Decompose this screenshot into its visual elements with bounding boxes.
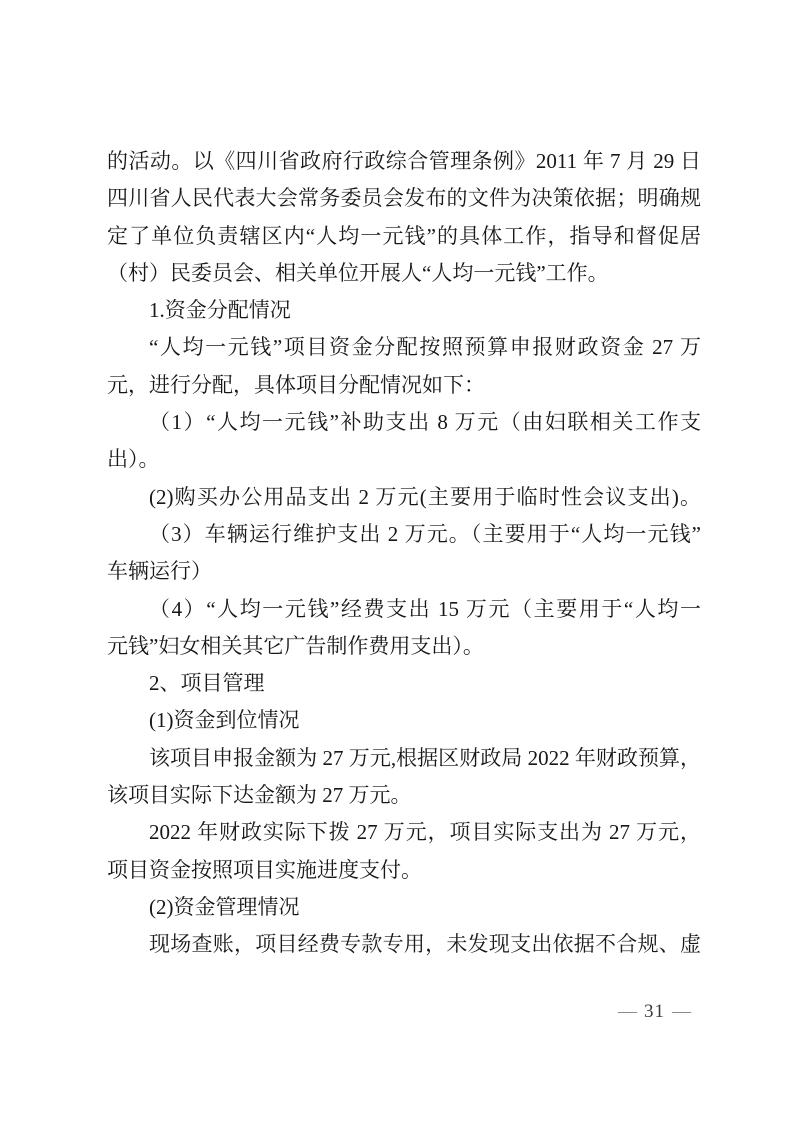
text-line: “人均一元钱”项目资金分配按照预算申报财政资金 27 万 (107, 329, 701, 366)
page-number: 31 (644, 1000, 665, 1024)
list-item: （3）车辆运行维护支出 2 万元。（主要用于“人均一元钱” (107, 516, 701, 553)
footer-dash-right: — (672, 1000, 691, 1024)
text-line: 2022 年财政实际下拨 27 万元，项目实际支出为 27 万元， (107, 814, 701, 851)
text-line: 现场查账，项目经费专款专用，未发现支出依据不合规、虚 (107, 926, 701, 963)
text-line: 车辆运行） (107, 553, 701, 590)
page-footer: — 31 — (618, 1000, 691, 1024)
text-line: 的活动。以《四川省政府行政综合管理条例》2011 年 7 月 29 日 (107, 143, 701, 180)
list-item: (2)购买办公用品支出 2 万元(主要用于临时性会议支出)。 (107, 479, 701, 516)
text-line: 该项目申报金额为 27 万元,根据区财政局 2022 年财政预算， (107, 740, 701, 777)
text-line: 四川省人民代表大会常务委员会发布的文件为决策依据；明确规 (107, 180, 701, 217)
list-item: （4）“人均一元钱”经费支出 15 万元（主要用于“人均一 (107, 591, 701, 628)
footer-dash-left: — (618, 1000, 637, 1024)
section-heading: 2、项目管理 (107, 665, 701, 702)
text-line: 元，进行分配，具体项目分配情况如下： (107, 367, 701, 404)
subsection-heading: (1)资金到位情况 (107, 702, 701, 739)
text-line: 定了单位负责辖区内“人均一元钱”的具体工作，指导和督促居 (107, 218, 701, 255)
subsection-heading: (2)资金管理情况 (107, 889, 701, 926)
text-line: 元钱”妇女相关其它广告制作费用支出）。 (107, 628, 701, 665)
text-line: （村）民委员会、相关单位开展人“人均一元钱”工作。 (107, 255, 701, 292)
text-line: 该项目实际下达金额为 27 万元。 (107, 777, 701, 814)
section-heading: 1.资金分配情况 (107, 292, 701, 329)
document-page: 的活动。以《四川省政府行政综合管理条例》2011 年 7 月 29 日 四川省人… (0, 0, 793, 1122)
text-line: 出）。 (107, 441, 701, 478)
text-line: 项目资金按照项目实施进度支付。 (107, 852, 701, 889)
document-body: 的活动。以《四川省政府行政综合管理条例》2011 年 7 月 29 日 四川省人… (107, 143, 701, 964)
list-item: （1）“人均一元钱”补助支出 8 万元（由妇联相关工作支 (107, 404, 701, 441)
